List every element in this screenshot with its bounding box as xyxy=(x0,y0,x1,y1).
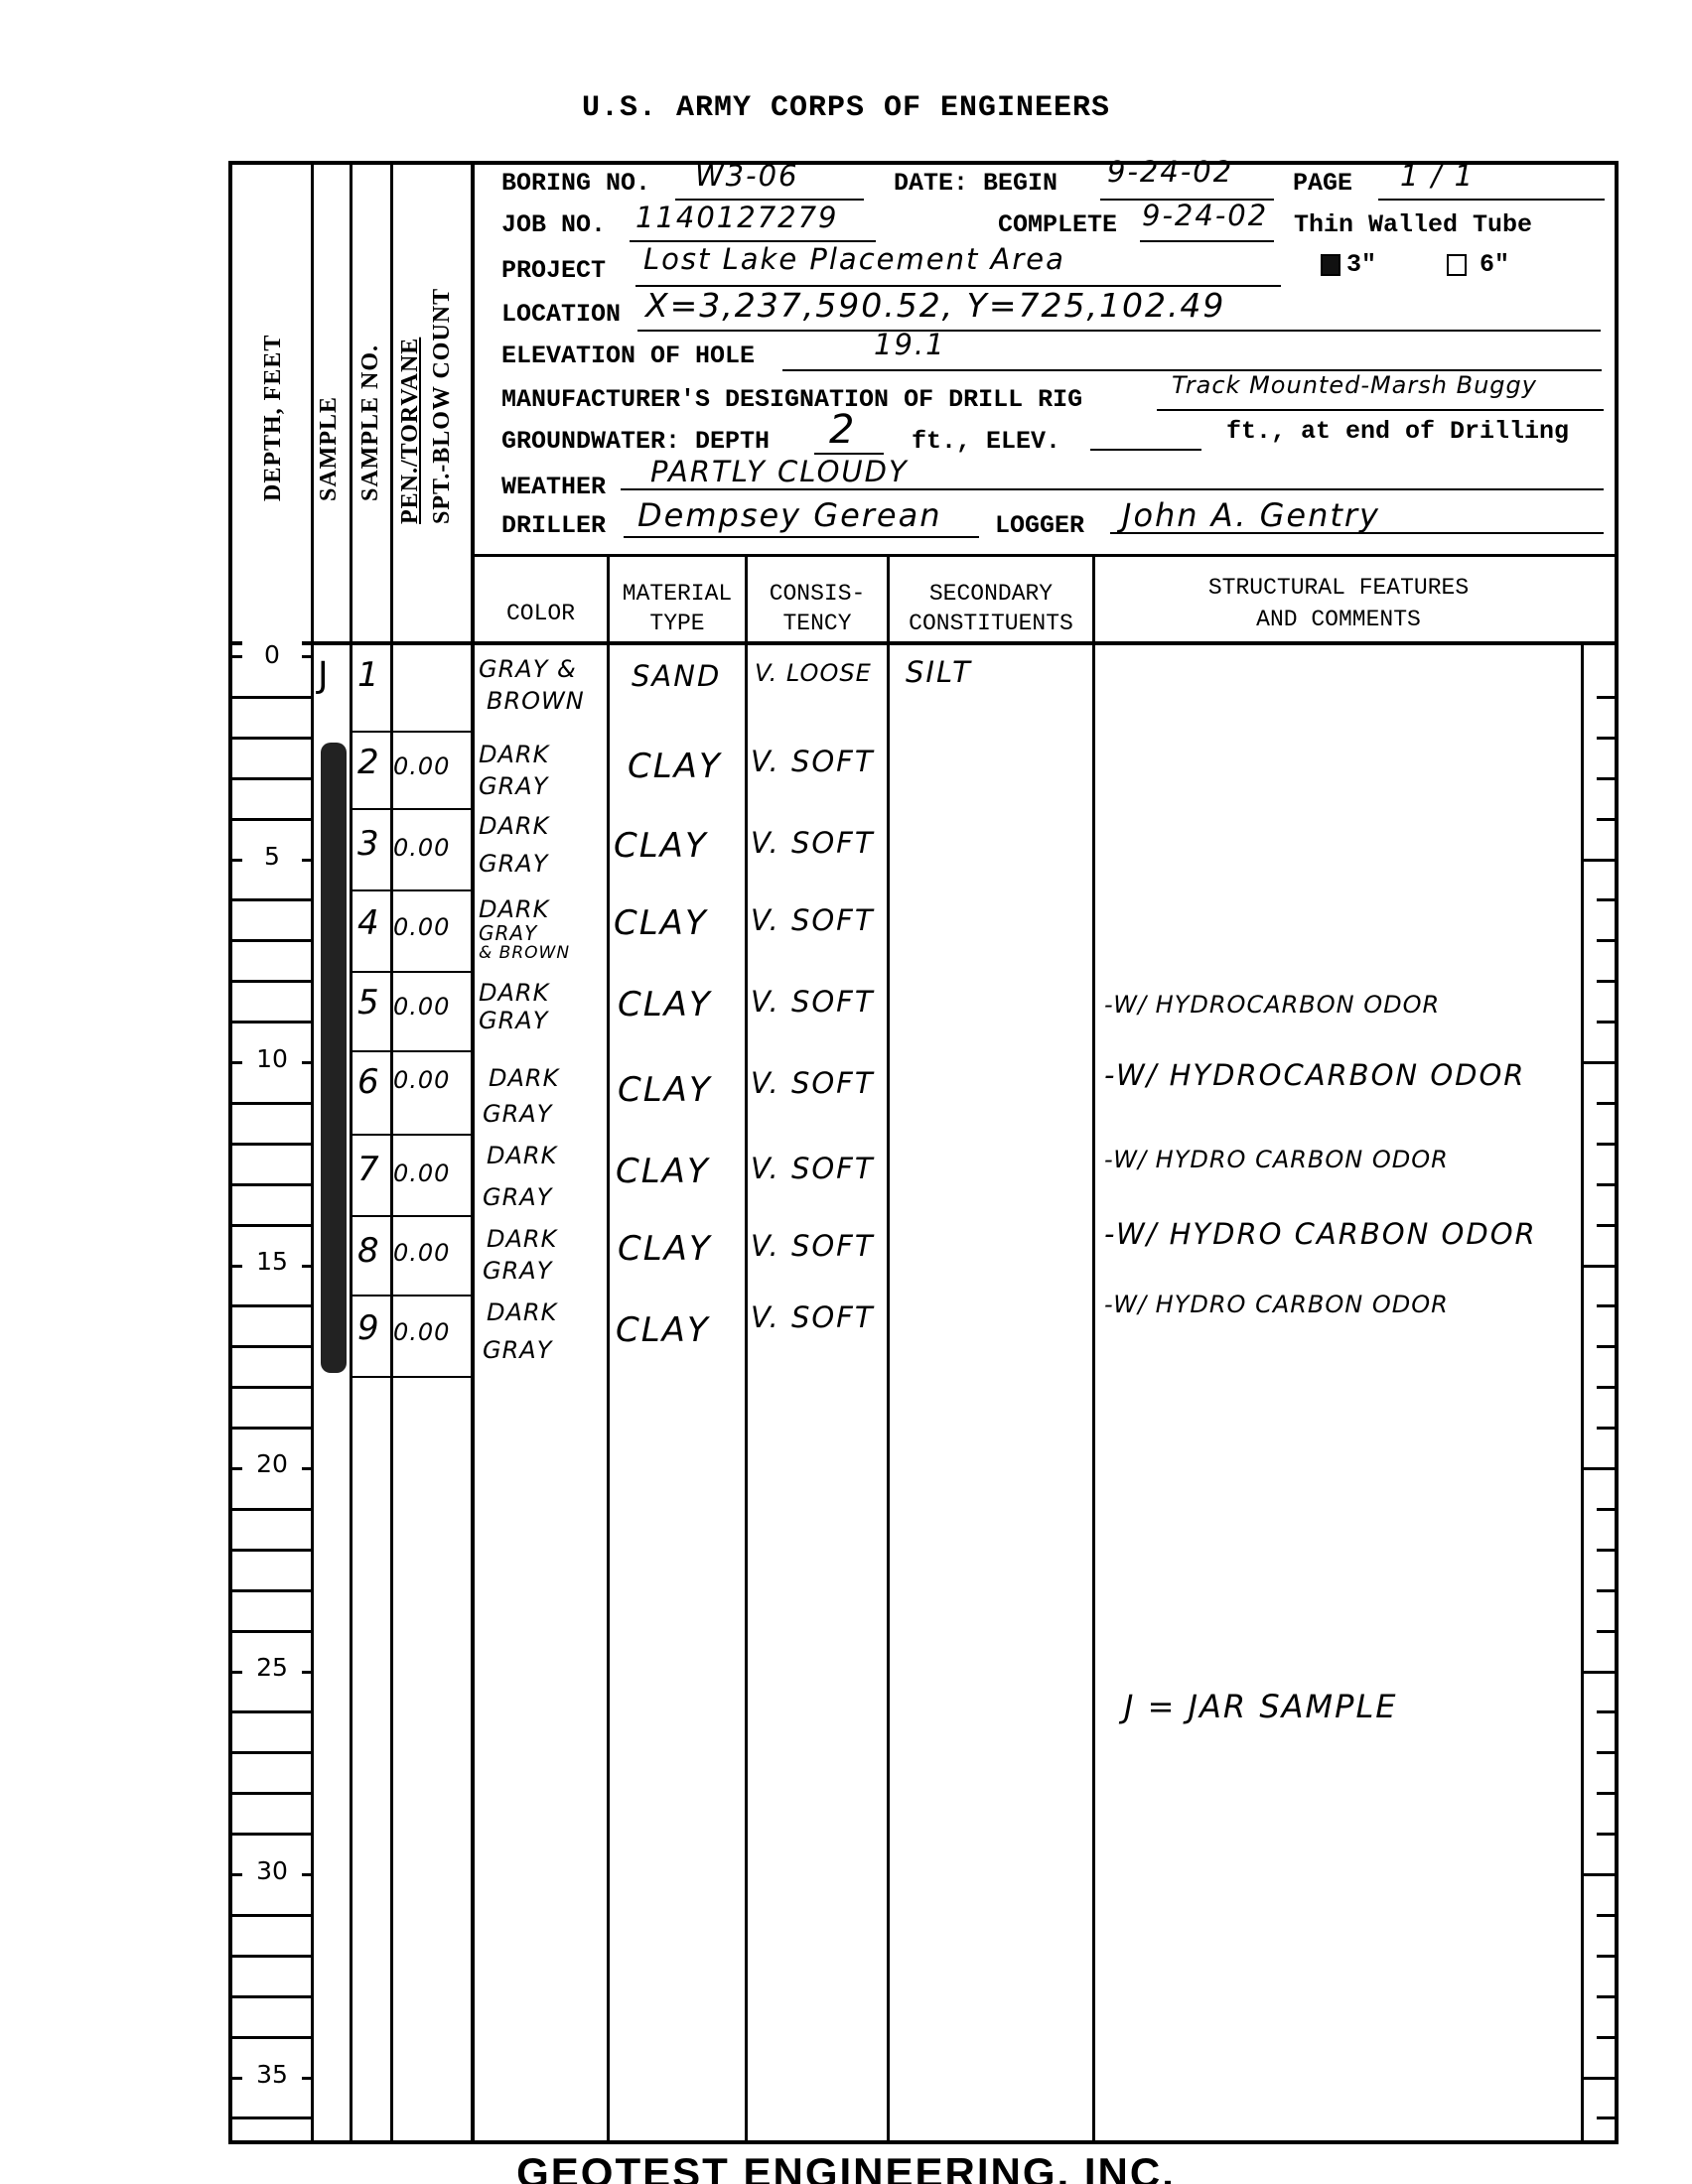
sample-3-pen: 0.00 xyxy=(393,834,450,862)
sample-3-color-2: GRAY xyxy=(479,850,548,878)
sample-4-consistency: V. SOFT xyxy=(751,903,875,937)
logger-value[interactable]: John A. Gentry xyxy=(1122,496,1380,534)
agency-title: U.S. ARMY CORPS OF ENGINEERS xyxy=(0,91,1692,125)
sample-boundary xyxy=(350,1295,473,1297)
groundwater-label: GROUNDWATER: DEPTH xyxy=(501,427,770,456)
depth-minor-line xyxy=(230,1751,312,1754)
sample-9-comment: -W/ HYDRO CARBON ODOR xyxy=(1104,1291,1449,1318)
right-ruler-minor-tick xyxy=(1597,1021,1617,1024)
sample-8-pen: 0.00 xyxy=(393,1239,450,1267)
sample-7-pen: 0.00 xyxy=(393,1160,450,1187)
depth-minor-line xyxy=(230,1589,312,1592)
sample-label: SAMPLE xyxy=(316,396,343,501)
right-ruler-minor-tick xyxy=(1597,1914,1617,1917)
col-header-structural-1: STRUCTURAL FEATURES xyxy=(1095,574,1582,602)
sample-1-material: SAND xyxy=(632,659,721,693)
right-ruler-minor-tick xyxy=(1597,1183,1617,1186)
divider-secondary-structural xyxy=(1092,556,1095,2144)
company-footer: GEOTEST ENGINEERING, INC. xyxy=(0,2149,1692,2184)
sample-6-pen: 0.00 xyxy=(393,1066,450,1094)
sample-9-no: 9 xyxy=(357,1308,381,1348)
depth-minor-line xyxy=(230,1304,312,1307)
sample-6-no: 6 xyxy=(357,1062,381,1102)
divider-pen-color xyxy=(471,161,475,2144)
right-ruler-major-tick xyxy=(1583,2077,1617,2080)
depth-tick-20: 20 xyxy=(242,1449,302,1478)
sample-7-material: CLAY xyxy=(616,1152,710,1191)
sample-5-material: CLAY xyxy=(618,985,712,1024)
weather-label: WEATHER xyxy=(501,473,606,501)
depth-minor-line xyxy=(230,980,312,983)
depth-minor-line xyxy=(230,1995,312,1998)
sample-tube-shading xyxy=(321,743,347,1373)
elevation-label: ELEVATION OF HOLE xyxy=(501,341,755,370)
page-value: 1 / 1 xyxy=(1400,159,1475,193)
divider-material-consistency xyxy=(745,556,748,2144)
depth-minor-line xyxy=(230,1914,312,1917)
groundwater-depth-value[interactable]: 2 xyxy=(829,407,856,453)
sample-9-color: DARK xyxy=(487,1298,557,1326)
sample-boundary xyxy=(350,808,473,810)
sample-7-color-2: GRAY xyxy=(483,1183,552,1211)
sample-6-consistency: V. SOFT xyxy=(751,1066,875,1100)
right-ruler-minor-tick xyxy=(1597,898,1617,901)
sample-2-material: CLAY xyxy=(628,747,722,786)
right-ruler-minor-tick xyxy=(1597,2036,1617,2039)
sampler-3in-checkbox[interactable] xyxy=(1321,254,1340,276)
sample-boundary xyxy=(350,1215,473,1217)
spt-blow-count-label: SPT.-BLOW COUNT xyxy=(429,288,456,524)
sample-9-consistency: V. SOFT xyxy=(751,1300,875,1334)
sample-6-color-2: GRAY xyxy=(483,1100,552,1128)
sample-8-color: DARK xyxy=(487,1225,557,1253)
depth-tick-25: 25 xyxy=(242,1653,302,1682)
sample-7-comment: -W/ HYDRO CARBON ODOR xyxy=(1104,1146,1449,1173)
depth-minor-line xyxy=(230,1345,312,1348)
depth-minor-line xyxy=(230,1792,312,1795)
sample-5-color: DARK xyxy=(479,979,549,1007)
right-ruler-minor-tick xyxy=(1597,1224,1617,1227)
sample-2-no: 2 xyxy=(357,743,381,782)
jar-sample-legend: J = JAR SAMPLE xyxy=(1124,1688,1397,1725)
depth-tick-30: 30 xyxy=(242,1856,302,1885)
sample-boundary xyxy=(350,731,473,733)
sample-boundary xyxy=(350,889,473,891)
divider-column-headers xyxy=(228,641,1619,645)
sample-6-material: CLAY xyxy=(618,1070,712,1110)
date-complete-value[interactable]: 9-24-02 xyxy=(1142,199,1268,232)
sample-1-consistency: V. LOOSE xyxy=(755,659,872,687)
sample-8-material: CLAY xyxy=(618,1229,712,1269)
right-ruler-minor-tick xyxy=(1597,1630,1617,1633)
drill-rig-value[interactable]: Track Mounted-Marsh Buggy xyxy=(1172,371,1537,399)
depth-tick-10: 10 xyxy=(242,1044,302,1073)
col-header-consistency-1: CONSIS- xyxy=(748,580,887,608)
sample-3-material: CLAY xyxy=(614,826,708,866)
drill-rig-underline xyxy=(1157,409,1604,411)
col-header-secondary-1: SECONDARY xyxy=(890,580,1092,608)
sample-2-color: DARK xyxy=(479,741,549,768)
col-header-consistency-2: TENCY xyxy=(748,610,887,637)
logger-underline xyxy=(1110,532,1604,534)
divider-sampleno-pen xyxy=(390,161,393,2144)
sampler-6in-label: 6" xyxy=(1480,250,1509,279)
sample-4-pen: 0.00 xyxy=(393,913,450,941)
divider-consistency-secondary xyxy=(887,556,890,2144)
sample-no-label: SAMPLE NO. xyxy=(357,344,384,501)
right-ruler-major-tick xyxy=(1583,859,1617,862)
right-ruler-minor-tick xyxy=(1597,737,1617,740)
sample-5-comment: -W/ HYDROCARBON ODOR xyxy=(1104,991,1440,1019)
sample-8-no: 8 xyxy=(357,1231,381,1271)
right-ruler-minor-tick xyxy=(1597,1508,1617,1511)
sample-6-comment: -W/ HYDROCARBON ODOR xyxy=(1104,1058,1525,1092)
depth-minor-line xyxy=(230,898,312,901)
right-ruler-minor-tick xyxy=(1597,696,1617,699)
driller-underline xyxy=(624,536,979,538)
sample-2-consistency: V. SOFT xyxy=(751,745,875,778)
right-ruler-minor-tick xyxy=(1597,818,1617,821)
sample-boundary xyxy=(350,1376,473,1378)
depth-tick-35: 35 xyxy=(242,2060,302,2089)
sample-1-no: 1 xyxy=(357,655,381,695)
sample-3-consistency: V. SOFT xyxy=(751,826,875,860)
groundwater-unit-label: ft., ELEV. xyxy=(912,427,1060,456)
date-begin-label: DATE: BEGIN xyxy=(894,169,1057,198)
depth-minor-line xyxy=(230,818,312,821)
right-ruler-minor-tick xyxy=(1597,1345,1617,1348)
sample-6-color: DARK xyxy=(489,1064,559,1092)
right-ruler-minor-tick xyxy=(1597,1955,1617,1958)
sample-4-color-2: GRAY xyxy=(479,921,537,945)
sample-4-material: CLAY xyxy=(614,903,708,943)
depth-minor-line xyxy=(230,1508,312,1511)
page-underline xyxy=(1378,199,1605,201)
project-value[interactable]: Lost Lake Placement Area xyxy=(643,242,1065,276)
sample-5-color-2: GRAY xyxy=(479,1007,548,1034)
driller-label: DRILLER xyxy=(501,511,606,540)
sample-1-secondary: SILT xyxy=(906,655,972,689)
elevation-value[interactable]: 19.1 xyxy=(874,328,946,361)
depth-minor-line xyxy=(230,737,312,740)
sample-3-no: 3 xyxy=(357,824,381,864)
right-ruler-major-tick xyxy=(1583,1265,1617,1268)
depth-minor-line xyxy=(230,1143,312,1146)
depth-minor-line xyxy=(230,1955,312,1958)
sample-4-no: 4 xyxy=(357,903,381,943)
sampler-6in-checkbox[interactable] xyxy=(1447,254,1467,276)
groundwater-end-label: ft., at end of Drilling xyxy=(1226,417,1569,446)
sample-3-color: DARK xyxy=(479,812,549,840)
location-value[interactable]: X=3,237,590.52, Y=725,102.49 xyxy=(645,286,1225,325)
right-ruler-minor-tick xyxy=(1597,1589,1617,1592)
logger-label: LOGGER xyxy=(995,511,1084,540)
depth-minor-line xyxy=(230,696,312,699)
depth-feet-label: DEPTH, FEET xyxy=(260,335,287,501)
boring-no-value[interactable]: W3-06 xyxy=(695,159,799,193)
sample-boundary xyxy=(350,1134,473,1136)
right-ruler-minor-tick xyxy=(1597,1304,1617,1307)
depth-minor-line xyxy=(230,1021,312,1024)
right-ruler-minor-tick xyxy=(1597,1102,1617,1105)
sample-1-color-2: BROWN xyxy=(487,687,585,715)
sample-7-consistency: V. SOFT xyxy=(751,1152,875,1185)
depth-minor-line xyxy=(230,1833,312,1836)
depth-minor-line xyxy=(230,1549,312,1552)
sample-5-no: 5 xyxy=(357,983,381,1023)
depth-minor-line xyxy=(230,1224,312,1227)
right-ruler-minor-tick xyxy=(1597,1833,1617,1836)
depth-minor-line xyxy=(230,1427,312,1430)
sample-5-pen: 0.00 xyxy=(393,993,450,1021)
right-ruler-major-tick xyxy=(1583,1671,1617,1674)
location-underline xyxy=(637,330,1601,332)
col-header-structural-2: AND COMMENTS xyxy=(1095,606,1582,633)
location-label: LOCATION xyxy=(501,300,621,329)
right-ruler-minor-tick xyxy=(1597,1792,1617,1795)
right-ruler-minor-tick xyxy=(1597,1386,1617,1389)
depth-minor-line xyxy=(230,1102,312,1105)
divider-color-material xyxy=(607,556,610,2144)
sample-8-consistency: V. SOFT xyxy=(751,1229,875,1263)
divider-right-ruler xyxy=(1581,641,1584,2144)
sample-boundary xyxy=(350,1050,473,1052)
sample-7-no: 7 xyxy=(357,1150,381,1189)
depth-minor-line xyxy=(230,1630,312,1633)
sample-8-color-2: GRAY xyxy=(483,1257,552,1285)
right-ruler-minor-tick xyxy=(1597,1143,1617,1146)
depth-minor-line xyxy=(230,2116,312,2119)
date-begin-value[interactable]: 9-24-02 xyxy=(1107,155,1233,189)
sample-2-pen: 0.00 xyxy=(393,752,450,780)
right-ruler-major-tick xyxy=(1583,1061,1617,1064)
project-label: PROJECT xyxy=(501,256,606,285)
sample-9-pen: 0.00 xyxy=(393,1318,450,1346)
col-header-secondary-2: CONSTITUENTS xyxy=(890,610,1092,637)
job-no-label: JOB NO. xyxy=(501,210,606,239)
pen-torvane-label: PEN./TORVANE xyxy=(397,338,424,524)
sample-7-color: DARK xyxy=(487,1142,557,1169)
depth-tick-0: 0 xyxy=(242,640,302,669)
right-ruler-minor-tick xyxy=(1597,1710,1617,1713)
depth-minor-line xyxy=(230,939,312,942)
divider-depth-sample xyxy=(311,161,314,2144)
divider-info-columns xyxy=(473,554,1619,557)
groundwater-elev-underline xyxy=(1090,449,1201,451)
sample-9-color-2: GRAY xyxy=(483,1336,552,1364)
depth-tick-15: 15 xyxy=(242,1247,302,1276)
depth-minor-line xyxy=(230,2036,312,2039)
page-label: PAGE xyxy=(1293,169,1352,198)
col-header-material-1: MATERIAL xyxy=(610,580,745,608)
sample-8-comment: -W/ HYDRO CARBON ODOR xyxy=(1104,1217,1537,1251)
right-ruler-minor-tick xyxy=(1597,1995,1617,1998)
right-ruler-minor-tick xyxy=(1597,1549,1617,1552)
date-complete-label: COMPLETE xyxy=(998,210,1117,239)
right-ruler-minor-tick xyxy=(1597,2116,1617,2119)
right-ruler-major-tick xyxy=(1583,1873,1617,1876)
depth-tick-5: 5 xyxy=(242,842,302,871)
job-no-value[interactable]: 1140127279 xyxy=(635,201,839,234)
right-ruler-minor-tick xyxy=(1597,939,1617,942)
depth-minor-line xyxy=(230,1183,312,1186)
right-ruler-minor-tick xyxy=(1597,777,1617,780)
col-header-material-2: TYPE xyxy=(610,610,745,637)
sample-1-color: GRAY & xyxy=(479,655,577,683)
sample-4-color: DARK xyxy=(479,895,549,923)
drill-rig-label: MANUFACTURER'S DESIGNATION OF DRILL RIG xyxy=(501,385,1082,414)
depth-minor-line xyxy=(230,777,312,780)
col-header-color: COLOR xyxy=(475,600,607,627)
weather-value[interactable]: PARTLY CLOUDY xyxy=(650,455,909,488)
sample-9-material: CLAY xyxy=(616,1310,710,1350)
sampler-3in-label: 3" xyxy=(1346,250,1376,279)
date-complete-underline xyxy=(1140,240,1274,242)
right-ruler-minor-tick xyxy=(1597,1427,1617,1430)
depth-minor-line xyxy=(230,1710,312,1713)
driller-value[interactable]: Dempsey Gerean xyxy=(637,496,942,534)
divider-sample-sampleno xyxy=(350,161,352,2144)
sample-boundary xyxy=(350,971,473,973)
boring-no-label: BORING NO. xyxy=(501,169,650,198)
right-ruler-minor-tick xyxy=(1597,1751,1617,1754)
right-ruler-minor-tick xyxy=(1597,980,1617,983)
weather-underline xyxy=(621,488,1604,490)
sample-4-color-3: & BROWN xyxy=(479,943,570,963)
sampler-label: Thin Walled Tube xyxy=(1294,210,1532,239)
sample-5-consistency: V. SOFT xyxy=(751,985,875,1019)
right-ruler-major-tick xyxy=(1583,1467,1617,1470)
sample-2-color-2: GRAY xyxy=(479,772,548,800)
sample-1-type: J xyxy=(318,655,331,696)
depth-minor-line xyxy=(230,1386,312,1389)
